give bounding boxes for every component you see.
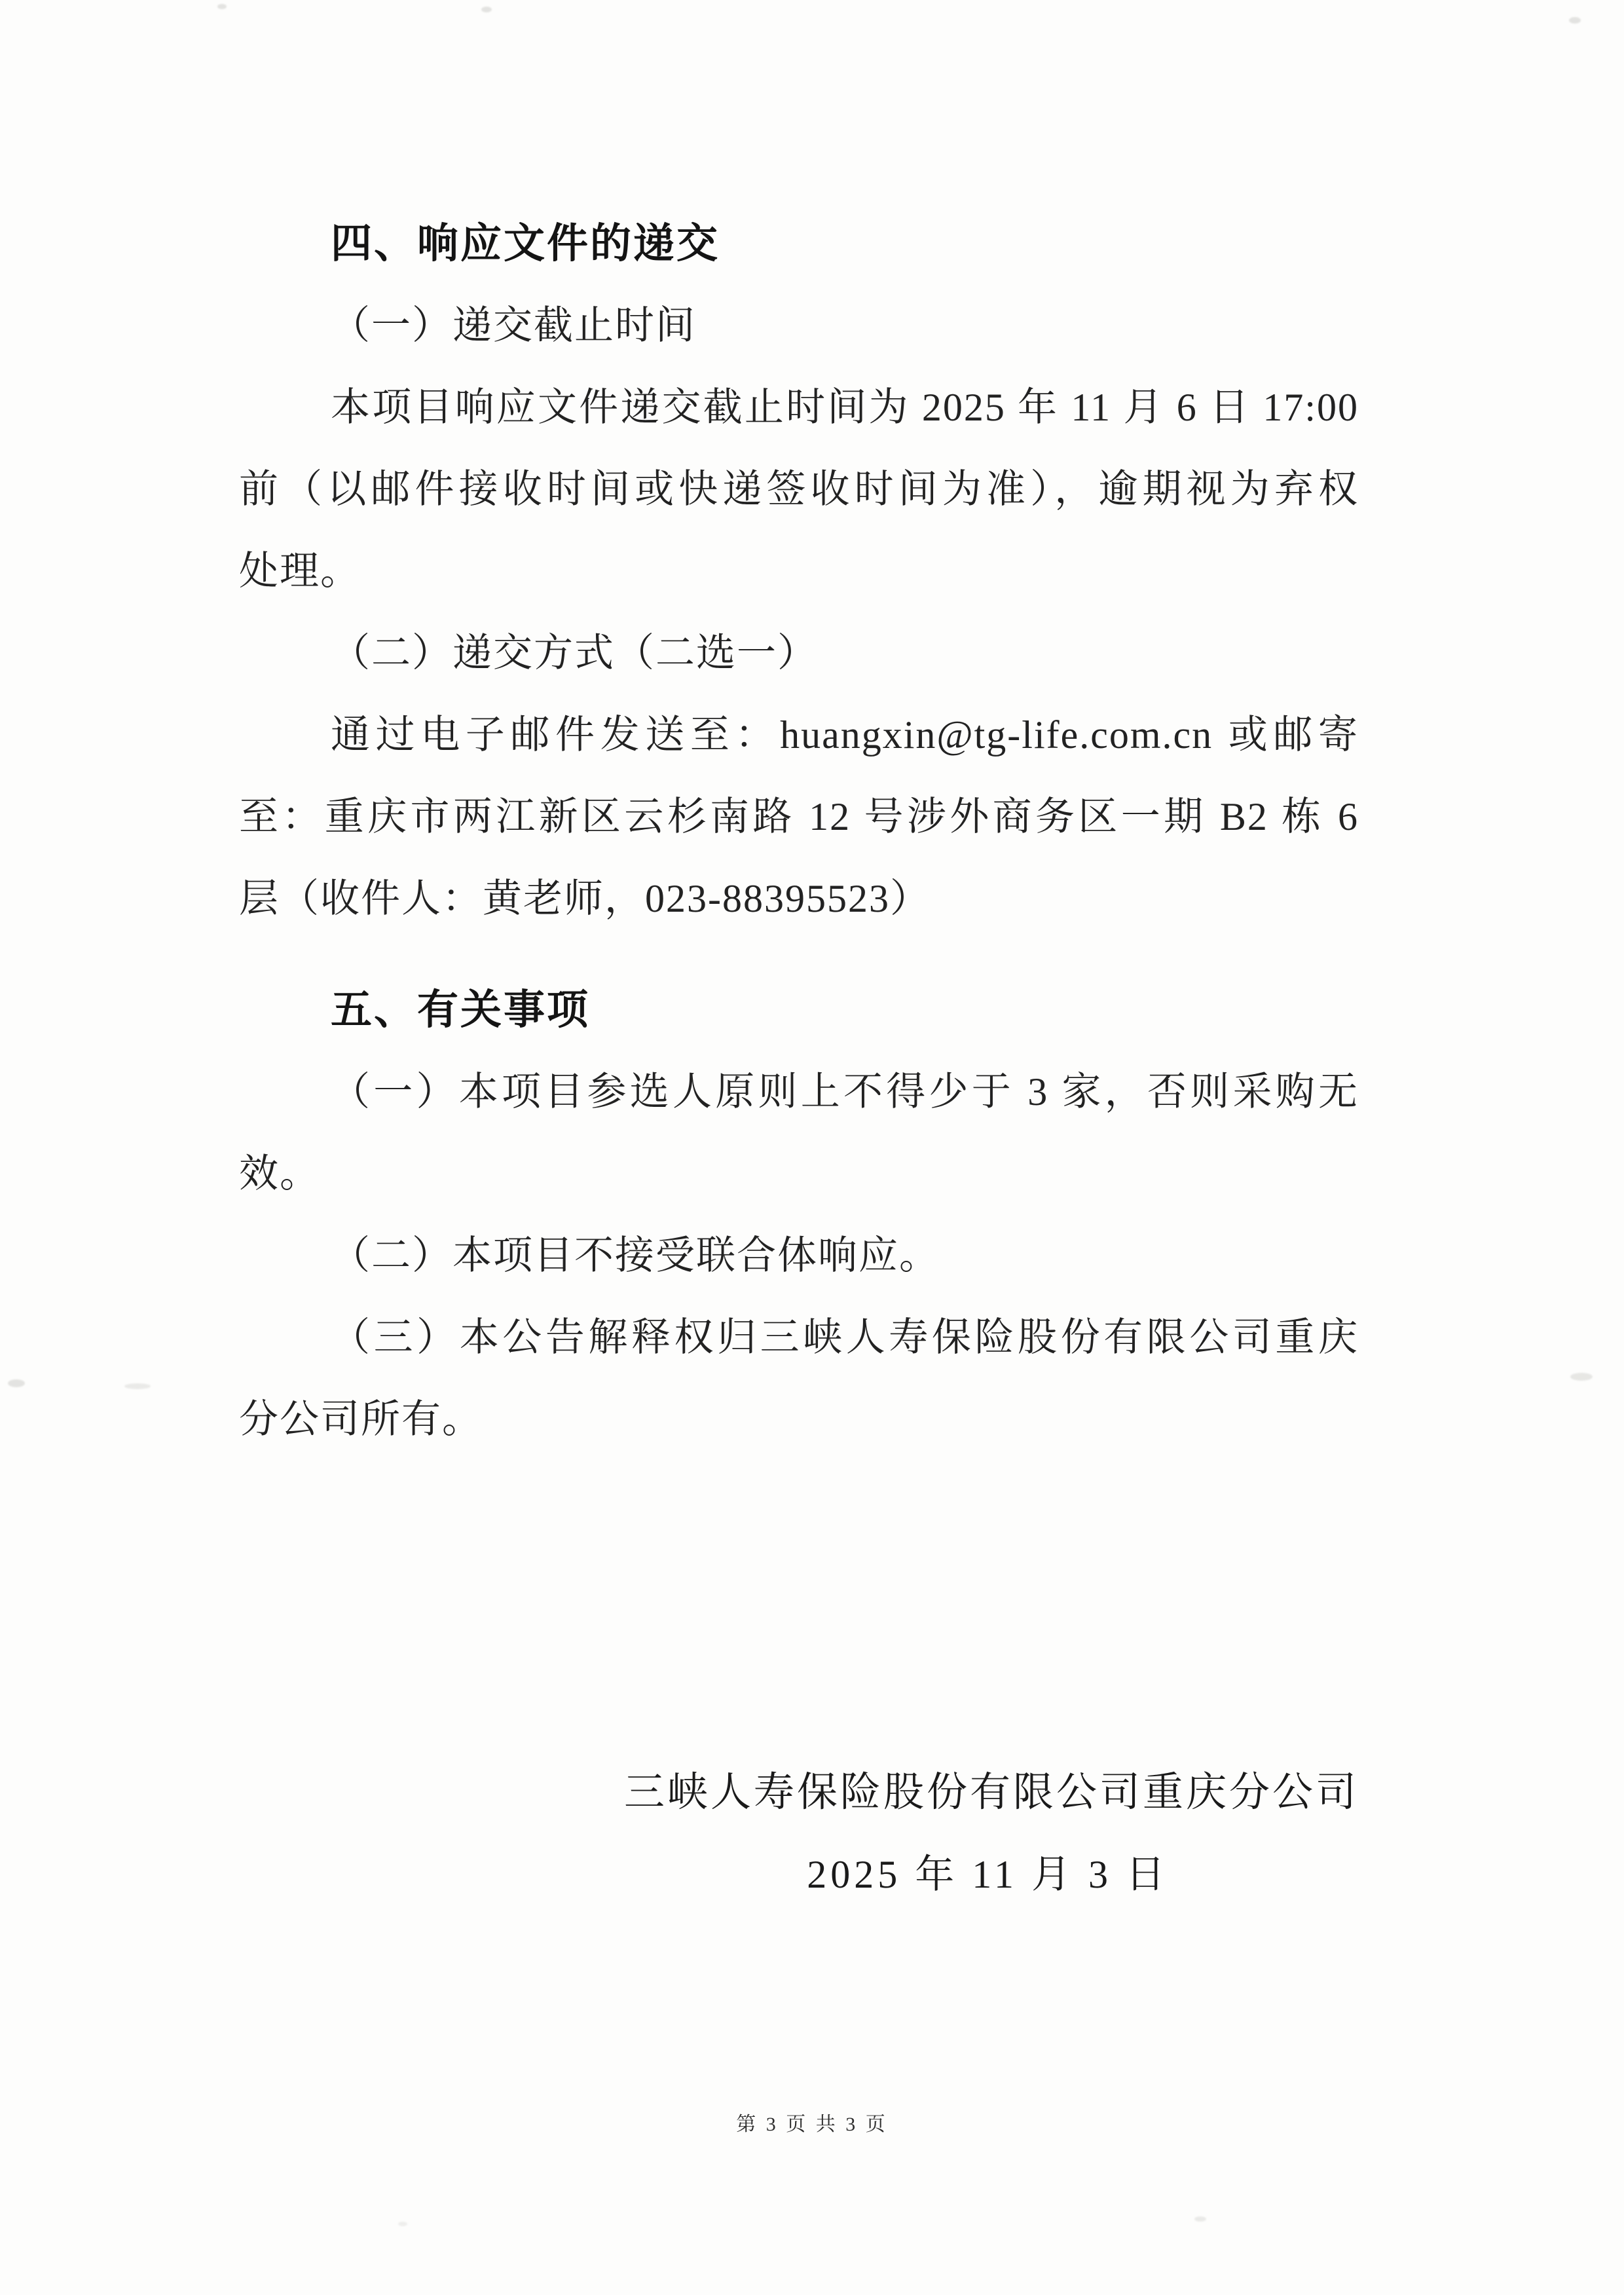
document-line: 层（收件人：黄老师，023-88395523） xyxy=(239,858,1359,940)
signature-block: 三峡人寿保险股份有限公司重庆分公司 2025 年 11 月 3 日 xyxy=(239,1461,1359,1916)
signature-date: 2025 年 11 月 3 日 xyxy=(239,1834,1359,1916)
document-line: （一）递交截止时间 xyxy=(239,285,1359,367)
scan-artifact xyxy=(1569,17,1581,24)
document-page: 四、响应文件的递交（一）递交截止时间本项目响应文件递交截止时间为 2025 年 … xyxy=(0,0,1624,2295)
document-body: 四、响应文件的递交（一）递交截止时间本项目响应文件递交截止时间为 2025 年 … xyxy=(239,203,1359,1461)
scan-artifact xyxy=(1570,1373,1593,1381)
document-line: （二）递交方式（二选一） xyxy=(239,612,1359,694)
scan-artifact xyxy=(124,1383,151,1389)
document-line: （二）本项目不接受联合体响应。 xyxy=(239,1215,1359,1297)
signature-company: 三峡人寿保险股份有限公司重庆分公司 xyxy=(239,1752,1359,1834)
section-heading: 五、有关事项 xyxy=(239,969,1359,1051)
scan-artifact xyxy=(217,4,227,9)
section-heading: 四、响应文件的递交 xyxy=(239,203,1359,285)
scan-artifact xyxy=(1194,2216,1206,2222)
document-line: （一）本项目参选人原则上不得少于 3 家，否则采购无 xyxy=(239,1051,1359,1133)
document-line: 效。 xyxy=(239,1133,1359,1215)
scan-artifact xyxy=(398,2222,407,2226)
document-line: 前（以邮件接收时间或快递签收时间为准），逾期视为弃权 xyxy=(239,449,1359,531)
scan-artifact xyxy=(8,1379,25,1387)
document-line: 分公司所有。 xyxy=(239,1379,1359,1461)
document-line: 通过电子邮件发送至：huangxin@tg-life.com.cn 或邮寄 xyxy=(239,694,1359,776)
document-line: 本项目响应文件递交截止时间为 2025 年 11 月 6 日 17:00 xyxy=(239,367,1359,449)
document-line: 处理。 xyxy=(239,531,1359,612)
page-footer: 第 3 页 共 3 页 xyxy=(0,2108,1624,2136)
document-line: 至：重庆市两江新区云杉南路 12 号涉外商务区一期 B2 栋 6 xyxy=(239,776,1359,858)
document-line: （三）本公告解释权归三峡人寿保险股份有限公司重庆 xyxy=(239,1297,1359,1379)
scan-artifact xyxy=(481,7,492,12)
